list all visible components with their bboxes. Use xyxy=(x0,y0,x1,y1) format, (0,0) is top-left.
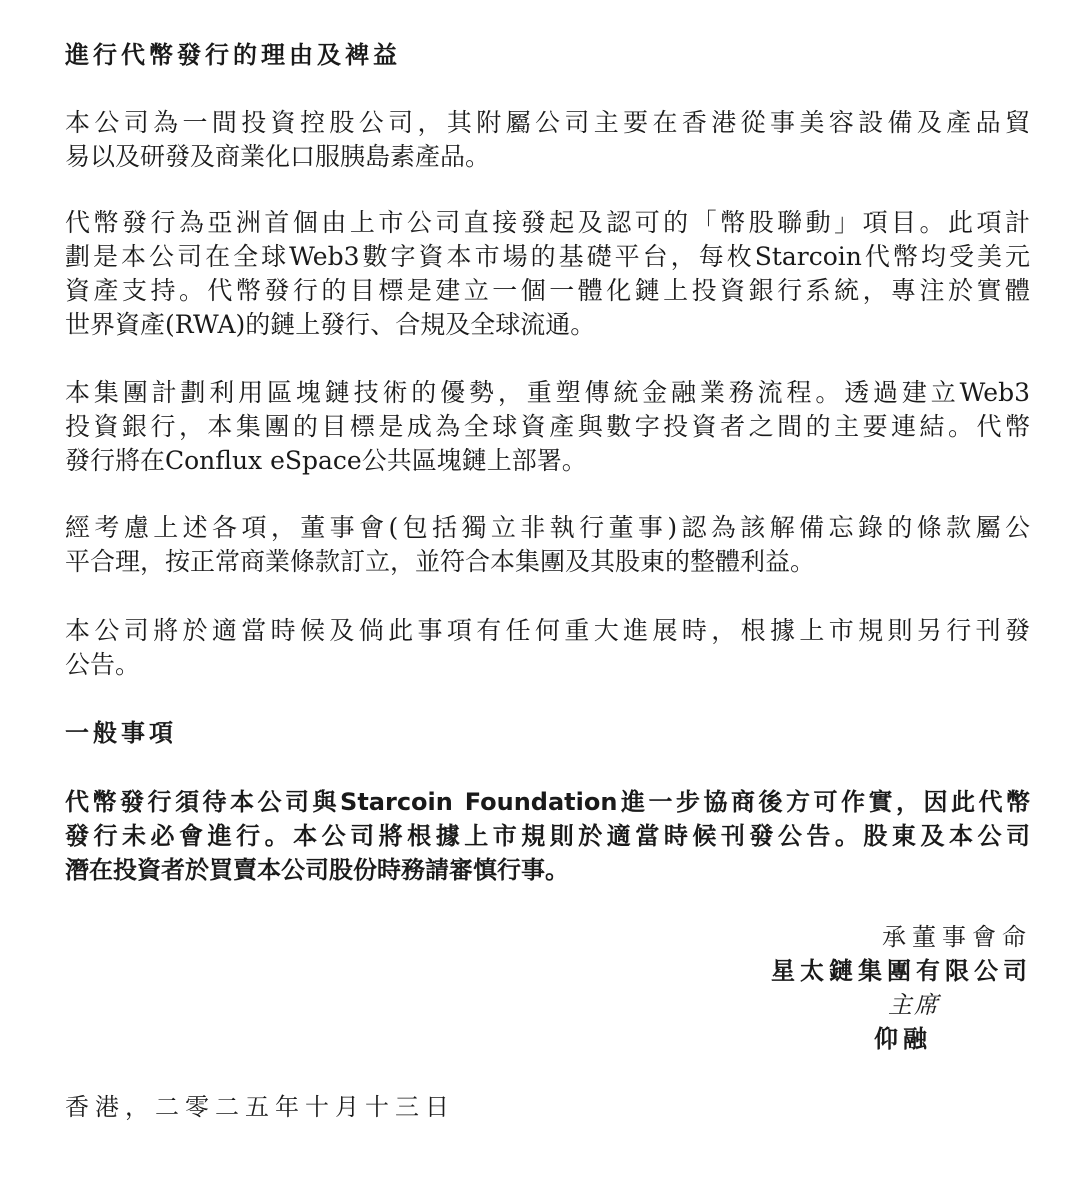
paragraph-line: 代幣發行須待本公司與Starcoin Foundation進一步協商後方可作實，… xyxy=(65,785,1030,819)
paragraph-line: 經考慮上述各項，董事會(包括獨立非執行董事)認為該解備忘錄的條款屬公 xyxy=(65,511,1030,545)
date-line: 香港，二零二五年十月十三日 xyxy=(65,1090,455,1124)
paragraph-line: 發行將在Conflux eSpace公共區塊鏈上部署。 xyxy=(65,444,1030,478)
paragraph-line: 本公司將於適當時候及倘此事項有任何重大進展時，根據上市規則另行刊發 xyxy=(65,614,1030,648)
paragraph-line: 發行未必會進行。本公司將根據上市規則於適當時候刊發公告。股東及本公司 xyxy=(65,819,1030,853)
paragraph-line: 本公司為一間投資控股公司，其附屬公司主要在香港從事美容設備及產品貿 xyxy=(65,106,1030,140)
paragraph-line: 易以及研發及商業化口服胰島素產品。 xyxy=(65,140,1030,174)
paragraph-line: 代幣發行為亞洲首個由上市公司直接發起及認可的「幣股聯動」項目。此項計 xyxy=(65,206,1030,240)
signatory-role: 主席 xyxy=(888,988,940,1022)
paragraph-line: 本集團計劃利用區塊鏈技術的優勢，重塑傳統金融業務流程。透過建立Web3 xyxy=(65,376,1030,410)
by-order-of-board: 承董事會命 xyxy=(882,920,1032,954)
paragraph-line: 世界資產(RWA)的鏈上發行、合規及全球流通。 xyxy=(65,308,1030,342)
paragraph-line: 劃是本公司在全球Web3數字資本市場的基礎平台，每枚Starcoin代幣均受美元 xyxy=(65,240,1030,274)
company-name: 星太鏈集團有限公司 xyxy=(771,954,1032,988)
paragraph-line: 潛在投資者於買賣本公司股份時務請審慎行事。 xyxy=(65,853,1030,887)
signatory-name: 仰融 xyxy=(874,1022,932,1056)
paragraph-line: 平合理，按正常商業條款訂立，並符合本集團及其股東的整體利益。 xyxy=(65,545,1030,579)
paragraph-line: 投資銀行，本集團的目標是成為全球資產與數字投資者之間的主要連結。代幣 xyxy=(65,410,1030,444)
paragraph-line: 資產支持。代幣發行的目標是建立一個一體化鏈上投資銀行系統，專注於實體 xyxy=(65,274,1030,308)
paragraph-line: 公告。 xyxy=(65,648,1030,682)
section-heading-general: 一般事項 xyxy=(65,716,177,750)
section-heading-reasons: 進行代幣發行的理由及裨益 xyxy=(65,38,401,72)
